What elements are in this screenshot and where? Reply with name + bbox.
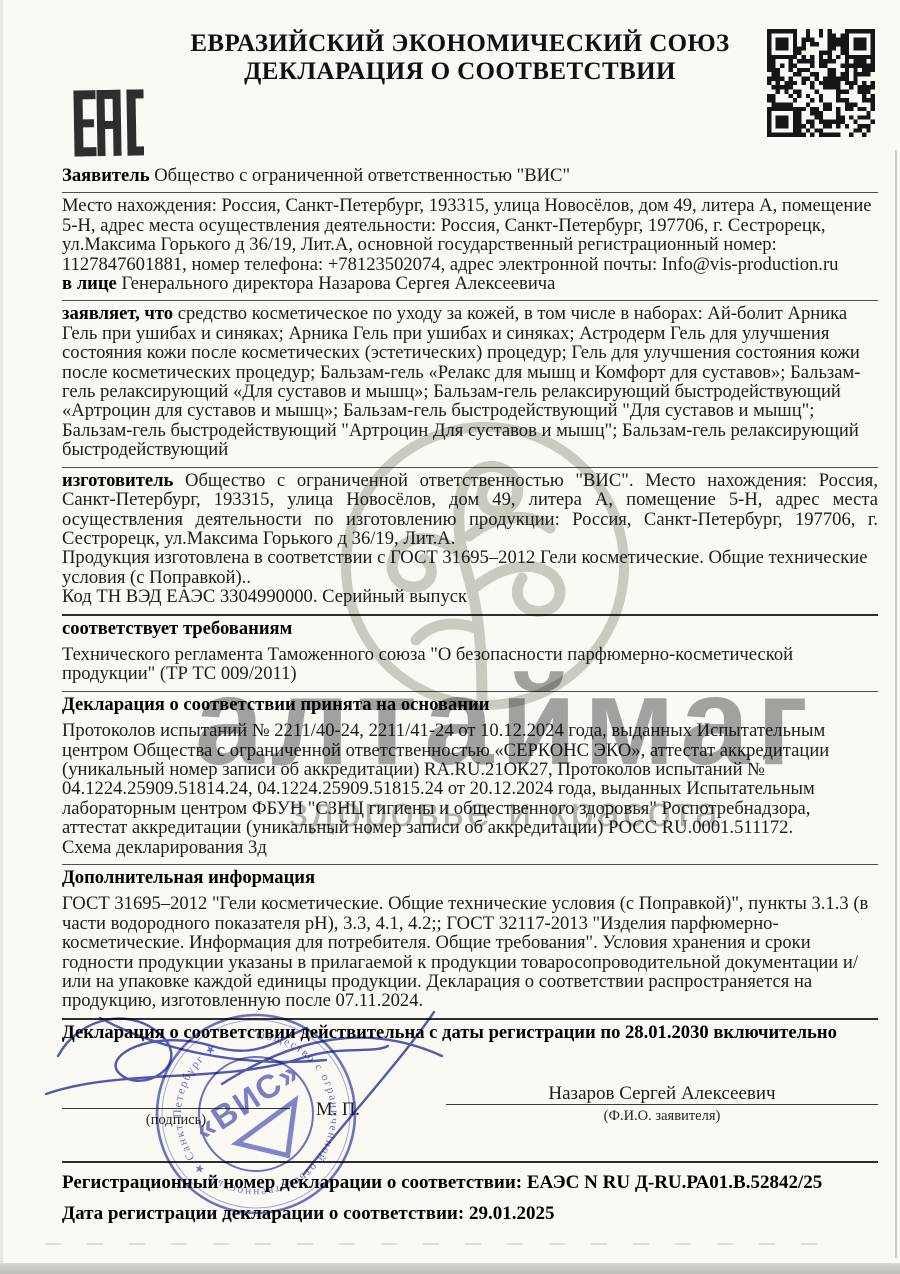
in-person-label: в лице bbox=[62, 273, 117, 294]
scan-noise bbox=[45, 1243, 830, 1245]
scan-edge-right bbox=[895, 150, 897, 1258]
title-line2: ДЕКЛАРАЦИЯ О СООТВЕТСТВИИ bbox=[150, 58, 770, 86]
declarant-name-field: Назаров Сергей Алексеевич (Ф.И.О. заявит… bbox=[446, 1084, 878, 1130]
divider bbox=[62, 192, 878, 193]
location-paragraph: Место нахождения: Россия, Санкт-Петербур… bbox=[62, 196, 878, 274]
registration-date-value: 29.01.2025 bbox=[469, 1203, 555, 1224]
declaration-document: ЕВРАЗИЙСКИЙ ЭКОНОМИЧЕСКИЙ СОЮЗ ДЕКЛАРАЦИ… bbox=[0, 0, 900, 1274]
scheme-line: Схема декларирования 3д bbox=[62, 838, 878, 857]
basis-text: Протоколов испытаний № 2211/40-24, 2211/… bbox=[62, 721, 878, 837]
handwritten-signature bbox=[40, 998, 470, 1198]
in-person-line: в лице Генерального директора Назарова С… bbox=[62, 274, 878, 293]
applicant-line: Заявитель Общество с ограниченной ответс… bbox=[62, 166, 878, 185]
name-caption: (Ф.И.О. заявителя) bbox=[446, 1107, 878, 1126]
scan-edge-left bbox=[0, 0, 3, 1274]
applicant-label: Заявитель bbox=[62, 165, 150, 186]
applicant-value: Общество с ограниченной ответственностью… bbox=[154, 165, 570, 186]
page-title: ЕВРАЗИЙСКИЙ ЭКОНОМИЧЕСКИЙ СОЮЗ ДЕКЛАРАЦИ… bbox=[150, 30, 770, 86]
title-line1: ЕВРАЗИЙСКИЙ ЭКОНОМИЧЕСКИЙ СОЮЗ bbox=[150, 30, 770, 58]
eac-mark-icon bbox=[68, 84, 144, 162]
manufacturer-label: изготовитель bbox=[62, 470, 173, 491]
declarant-name: Назаров Сергей Алексеевич bbox=[446, 1084, 878, 1103]
additional-text: ГОСТ 31695–2012 "Гели косметические. Общ… bbox=[62, 894, 878, 1010]
additional-heading: Дополнительная информация bbox=[62, 868, 878, 887]
divider bbox=[62, 300, 878, 301]
tree-logo-watermark bbox=[332, 418, 638, 714]
divider bbox=[62, 864, 878, 865]
registration-number-value: ЕАЭС N RU Д-RU.РА01.В.52842/25 bbox=[527, 1172, 822, 1193]
qr-code-icon bbox=[767, 29, 875, 137]
declares-label: заявляет, что bbox=[62, 303, 173, 324]
in-person-value: Генерального директора Назарова Сергея А… bbox=[121, 273, 555, 294]
scan-edge-bottom bbox=[0, 1263, 900, 1274]
